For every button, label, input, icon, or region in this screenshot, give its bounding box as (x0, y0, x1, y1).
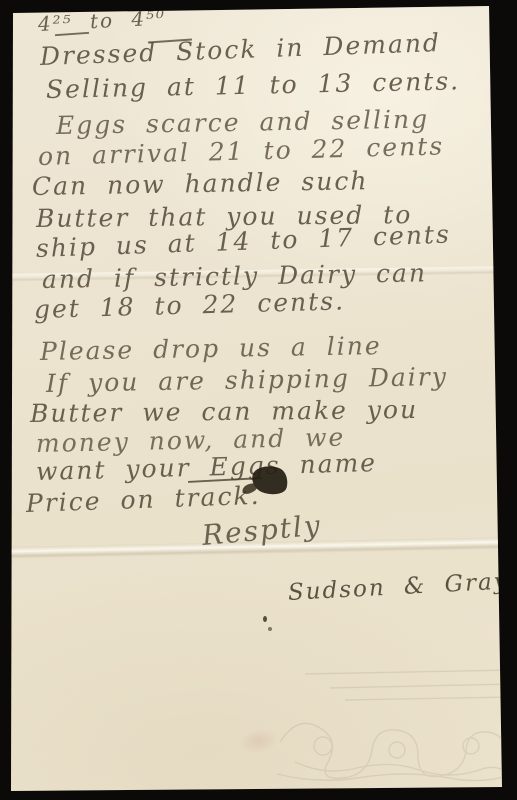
closing-line: Resptly (201, 509, 323, 552)
paper-smudge (236, 725, 282, 758)
handwriting-line-price-range: 4²⁵ to 4⁵⁰ (37, 5, 166, 36)
handwriting-line: Dressed Stock in Demand (39, 28, 441, 71)
handwriting-line: Please drop us a line (40, 331, 382, 366)
handwriting-line: If you are shipping Dairy (46, 362, 448, 398)
signature: Sudson & Gray (287, 568, 509, 606)
handwriting-line: Can now handle such (32, 166, 369, 201)
watermark-flourish-icon (275, 662, 510, 787)
handwriting-line: Selling at 11 to 13 cents. (46, 66, 461, 104)
letter-paper: 4²⁵ to 4⁵⁰ Dressed Stock in Demand Selli… (0, 0, 517, 800)
ink-dot (263, 616, 267, 622)
handwriting-line: Butter we can make you (30, 395, 418, 428)
handwriting-line: Price on track. (25, 481, 260, 518)
photo-backdrop: 4²⁵ to 4⁵⁰ Dressed Stock in Demand Selli… (0, 0, 517, 800)
ink-dot (268, 627, 272, 631)
